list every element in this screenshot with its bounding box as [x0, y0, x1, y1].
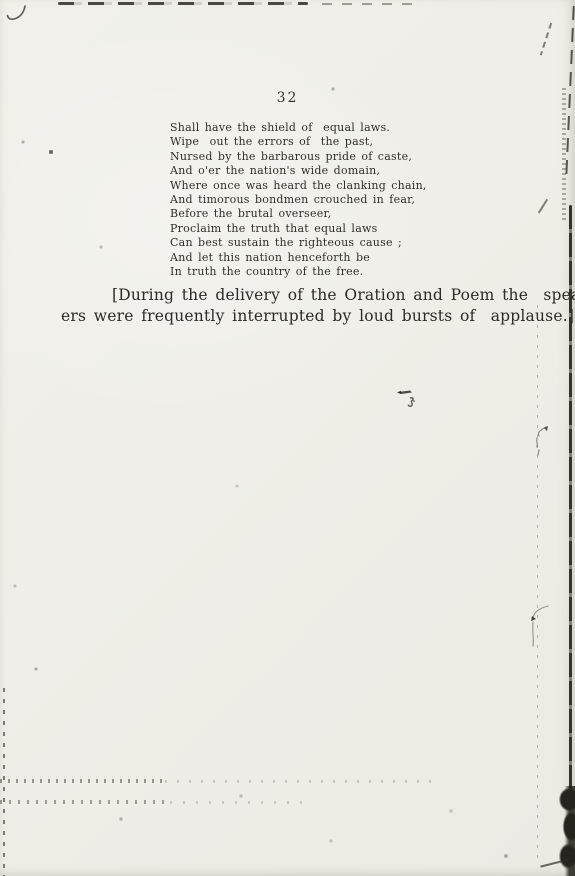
- note-line: [During the delivery of the Oration and …: [61, 285, 521, 306]
- scanned-book-page: 32 Shall have the shield of equal laws. …: [0, 0, 575, 876]
- ink-smudge: [394, 386, 422, 416]
- poem-block: Shall have the shield of equal laws. Wip…: [170, 121, 427, 279]
- poem-line: And o'er the nation's wide domain,: [170, 164, 427, 178]
- scan-artifact-speckle-row: [0, 779, 165, 783]
- poem-line: Shall have the shield of equal laws.: [170, 121, 427, 135]
- poem-line: And let this nation henceforth be: [170, 251, 427, 265]
- poem-line: Where once was heard the clanking chain,: [170, 179, 427, 193]
- scan-artifact-speckle-row: [0, 800, 170, 804]
- poem-line: Before the brutal overseer,: [170, 207, 427, 221]
- poem-line: Proclaim the truth that equal laws: [170, 222, 427, 236]
- page-number: 32: [0, 90, 575, 106]
- scan-artifact-top-dashes: [58, 2, 308, 5]
- scan-artifact-diagonal-tick: [538, 199, 548, 213]
- interruption-note: [During the delivery of the Oration and …: [61, 285, 521, 327]
- poem-line: Nursed by the barbarous pride of caste,: [170, 150, 427, 164]
- scan-artifact-top-dashes-faint: [322, 3, 417, 5]
- note-line: ers were frequently interrupted by loud …: [61, 306, 521, 327]
- poem-line: Can best sustain the righteous cause ;: [170, 236, 427, 250]
- poem-line: Wipe out the errors of the past,: [170, 135, 427, 149]
- scan-artifact-bottom-slash: [540, 858, 569, 867]
- scan-artifact-long-hook: [528, 602, 552, 650]
- scan-artifact-faint-dotted-line: [537, 305, 538, 860]
- poem-line: And timorous bondmen crouched in fear,: [170, 193, 427, 207]
- scan-artifact-speckle-row: [165, 780, 440, 783]
- poem-line: In truth the country of the free.: [170, 265, 427, 279]
- scan-artifact-speckle-row: [170, 801, 310, 804]
- scan-artifact-squiggle: [530, 424, 552, 458]
- scan-artifact-left-edge-dots: [3, 688, 5, 876]
- scan-artifact-left-hook: [5, 3, 31, 27]
- scan-artifact-diagonal-tick: [540, 23, 552, 56]
- scan-artifact-specks: [0, 0, 2, 2]
- scan-artifact-bottom-right-blotch: [552, 786, 575, 876]
- scan-artifact-right-micro-text: [562, 88, 566, 223]
